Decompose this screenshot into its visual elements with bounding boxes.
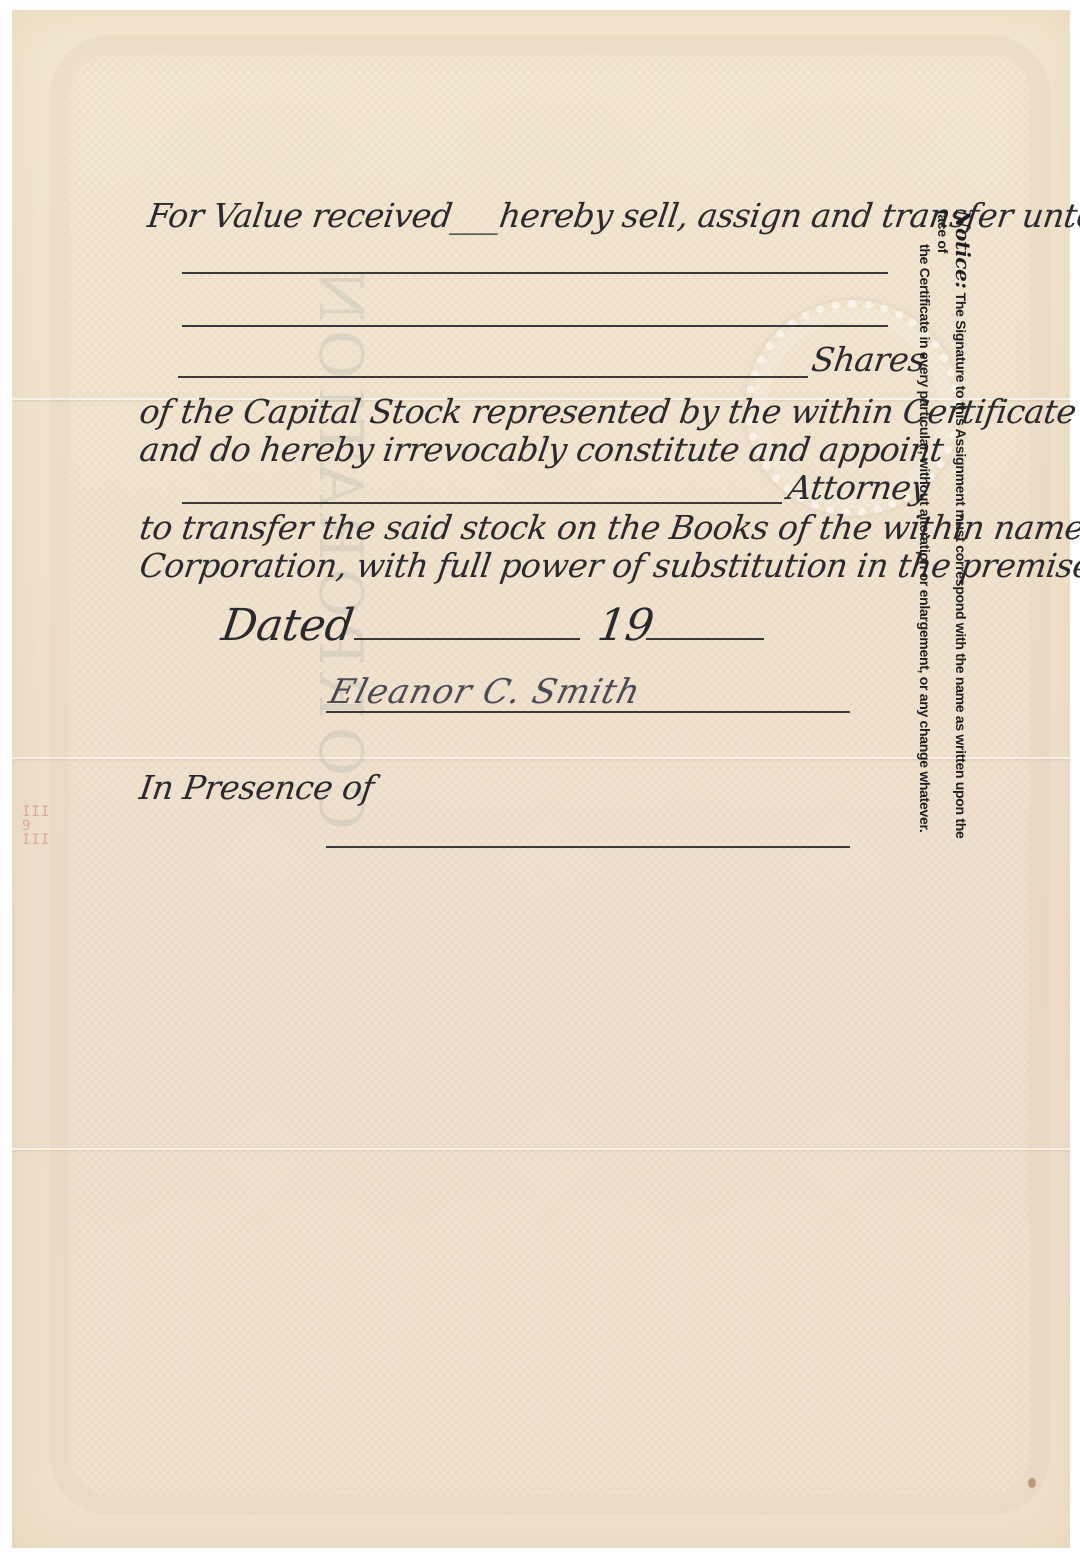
- notice-line-2: the Certificate in every particular, wit…: [916, 210, 934, 850]
- date-line[interactable]: [354, 638, 580, 640]
- attorney-label: Attorney: [785, 468, 931, 507]
- signature-line[interactable]: [326, 711, 850, 713]
- signature-notice: Notice:The Signature to this Assignment …: [912, 210, 972, 850]
- notice-line-1: The Signature to this Assignment must co…: [935, 210, 969, 838]
- shares-label: Shares: [809, 340, 927, 379]
- in-presence-of-label: In Presence of: [137, 768, 376, 807]
- paper-stain: [1028, 1478, 1036, 1488]
- notice-label: Notice:: [951, 210, 975, 289]
- dated-label: Dated: [218, 600, 356, 651]
- transferee-name-line[interactable]: [182, 272, 888, 274]
- witness-signature-line[interactable]: [326, 846, 850, 848]
- attorney-name-line[interactable]: [182, 502, 782, 504]
- perforation-mark: III 9 III: [22, 805, 52, 940]
- year-prefix: 19: [594, 600, 656, 651]
- owner-signature: Eleanor C. Smith: [325, 672, 645, 712]
- shares-count-line[interactable]: [178, 376, 808, 378]
- fold-crease: [12, 1148, 1070, 1150]
- year-line[interactable]: [646, 638, 764, 640]
- transferee-address-line[interactable]: [182, 325, 888, 327]
- assignment-line-3: and do hereby irrevocably constitute and…: [137, 430, 946, 469]
